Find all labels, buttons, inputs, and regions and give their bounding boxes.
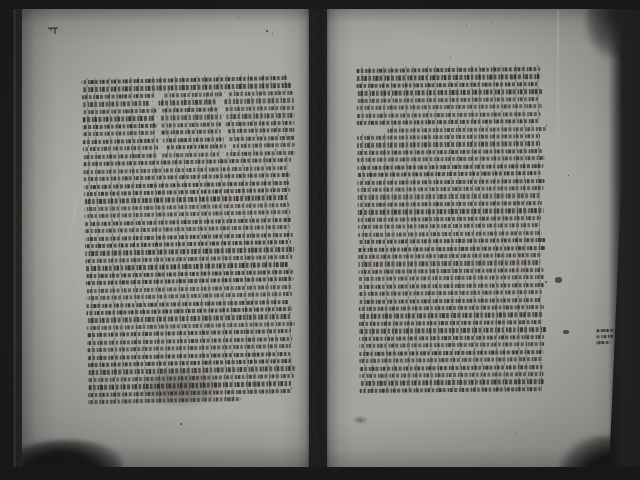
- dirt-speck: [272, 33, 273, 34]
- dirt-speck: [92, 300, 93, 301]
- index-separator-dot: ·: [222, 122, 224, 125]
- manuscript-text-line: [360, 387, 542, 393]
- marginal-dot-mark: [563, 330, 569, 334]
- manuscript-scan: ··················: [0, 0, 640, 480]
- index-separator-dot: ·: [224, 92, 226, 95]
- dirt-speck: [238, 17, 239, 18]
- folio-mark-glyph: [47, 26, 60, 36]
- background-left-edge: [0, 0, 22, 480]
- index-separator-dot: ·: [223, 129, 225, 132]
- bottom-black-border: [0, 467, 640, 480]
- index-separator-dot: ·: [157, 131, 159, 134]
- index-separator-dot: ·: [160, 138, 162, 141]
- book-gutter-shadow: [306, 9, 330, 467]
- right-page-text-block: [356, 67, 549, 396]
- index-separator-dot: ·: [158, 108, 160, 111]
- folio-number-mark: [47, 21, 60, 40]
- index-separator-dot: ·: [229, 144, 231, 147]
- dirt-speck: [180, 423, 182, 425]
- index-separator-dot: ·: [223, 114, 225, 117]
- dirt-speck: [545, 281, 547, 283]
- dirt-speck: [450, 57, 451, 58]
- dirt-speck: [266, 30, 268, 32]
- index-separator-dot: ·: [156, 116, 158, 119]
- dirt-speck: [466, 25, 467, 26]
- index-separator-dot: ·: [159, 93, 161, 96]
- dirt-speck: [492, 22, 493, 23]
- index-separator-dot: ·: [222, 152, 224, 155]
- index-separator-dot: ·: [219, 99, 221, 102]
- left-page-text-block: ··················: [82, 76, 301, 408]
- index-separator-dot: ·: [157, 123, 159, 126]
- top-black-border: [0, 0, 640, 9]
- dirt-speck: [568, 175, 569, 176]
- marginal-correction-mark: [555, 277, 562, 283]
- background-right-edge: [608, 0, 640, 480]
- dirt-speck: [360, 421, 361, 422]
- dirt-speck: [516, 433, 517, 434]
- index-separator-dot: ·: [225, 137, 227, 140]
- index-separator-dot: ·: [159, 153, 161, 156]
- index-separator-dot: ·: [161, 145, 163, 148]
- index-separator-dot: ·: [221, 107, 223, 110]
- manuscript-text-line: [88, 397, 241, 404]
- index-separator-dot: ·: [152, 101, 154, 104]
